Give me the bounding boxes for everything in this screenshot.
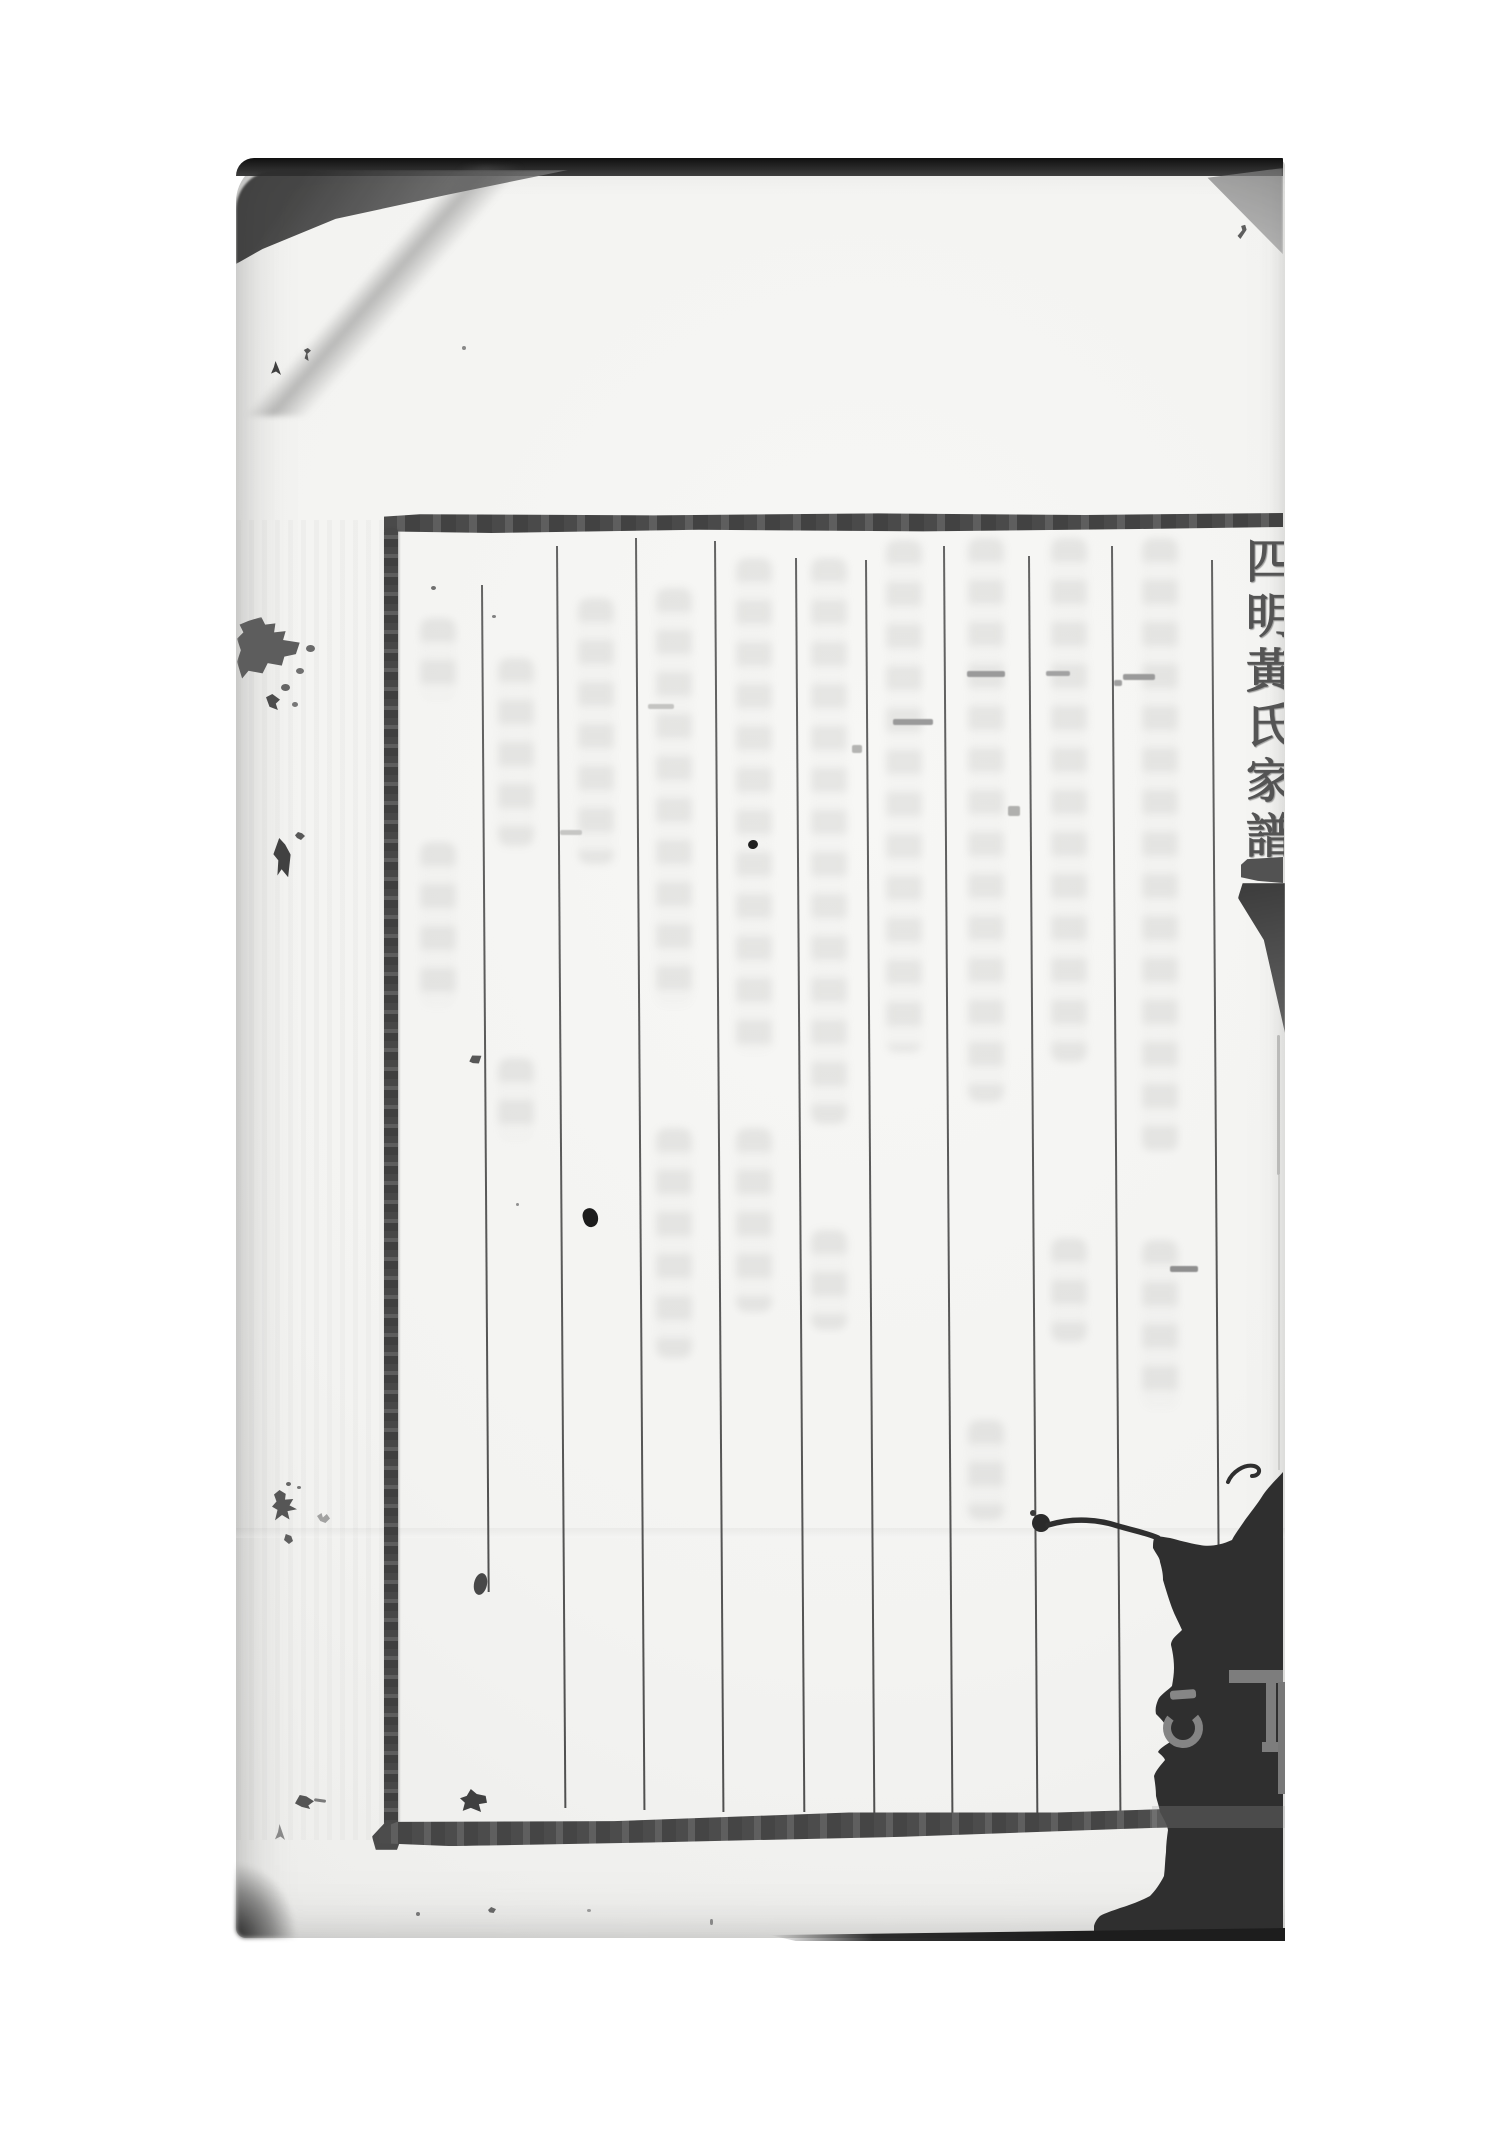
bottom-left-corner-shadow (236, 1838, 326, 1938)
corner-crease-shadow (226, 166, 532, 416)
obscured-character-box-left (1266, 1682, 1276, 1750)
frame-left-border (384, 528, 398, 1828)
frame-border-over-blot (1152, 1806, 1285, 1828)
obscured-character-box-right (1278, 1682, 1285, 1794)
binding-gutter-shading (236, 520, 388, 1840)
ink-drip-line (1048, 1520, 1158, 1538)
scan-canvas: 四明黃氏家譜 (0, 0, 1512, 2143)
large-ink-blot (1020, 1450, 1285, 1942)
spine-title-block: 四明黃氏家譜 (1240, 534, 1284, 866)
ink-drip-speck (1030, 1510, 1036, 1516)
obscured-character-box-bar (1229, 1670, 1283, 1683)
ink-blot-body (1094, 1472, 1283, 1938)
page-fold-edge-line (1277, 1035, 1280, 1175)
ink-blot-top-curl (1228, 1466, 1259, 1482)
obscured-numeral-5-top (1170, 1689, 1197, 1700)
spine-title: 四明黃氏家譜 (1240, 536, 1284, 866)
page-fold-edge-line-faint (1278, 1175, 1280, 1470)
